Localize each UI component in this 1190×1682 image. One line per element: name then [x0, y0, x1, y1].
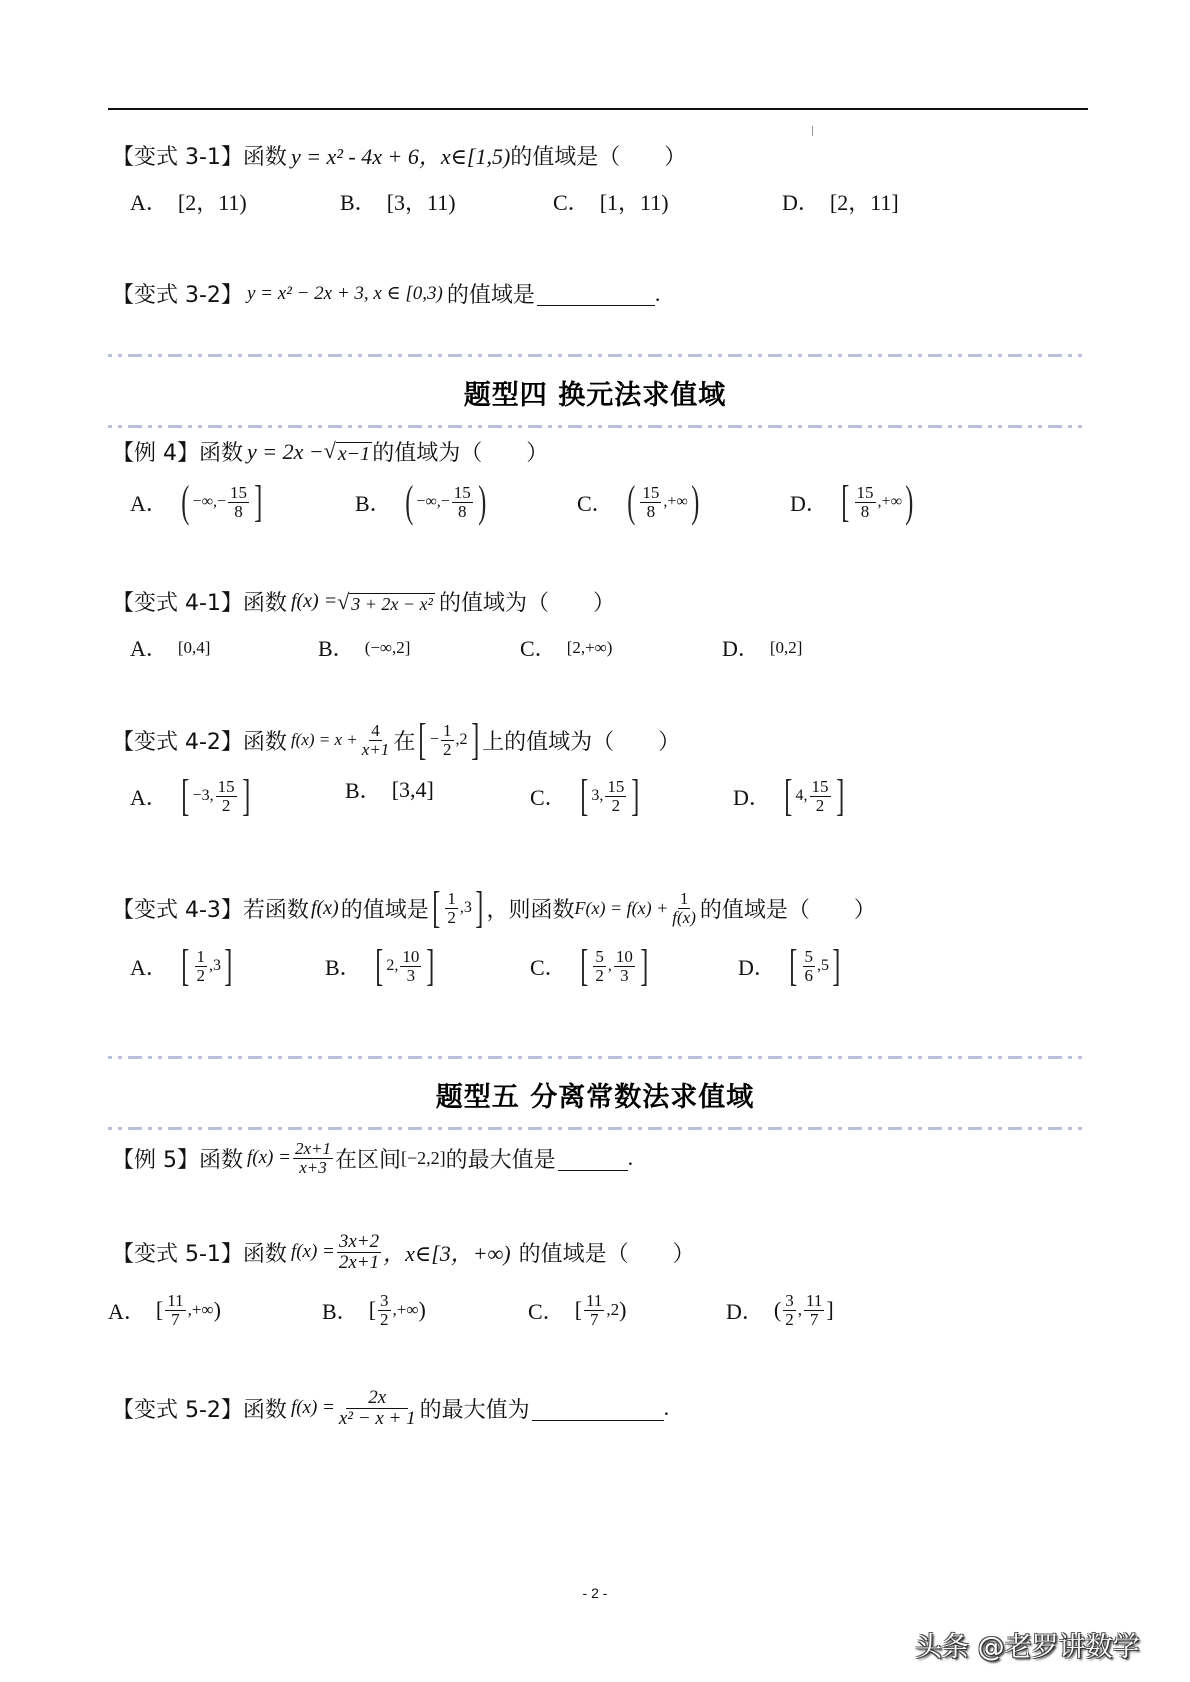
fraction: 103: [400, 948, 421, 985]
right-bracket: ]: [242, 774, 250, 818]
question-4-2: 【变式 4-2】函数 f(x) = x + 4x+1 在 [−12,2] 上的值…: [112, 718, 680, 762]
left-bracket: (: [627, 480, 635, 524]
question-suffix: 的值域是（ ）: [700, 893, 876, 924]
right-bracket: ): [691, 480, 699, 524]
option-letter: A．: [108, 1295, 146, 1326]
question-4-3: 【变式 4-3】若函数 f(x) 的值域是 [12,3] ，则函数 F(x) =…: [112, 886, 876, 930]
left-bracket: (: [405, 480, 413, 524]
question-suffix: 的值域是: [447, 278, 535, 309]
denominator: x+1: [360, 741, 392, 759]
fraction: 12: [445, 890, 458, 927]
interval: [12,3]: [429, 886, 487, 930]
fraction: 1f(x): [670, 890, 698, 927]
formula: f(x) =: [291, 590, 337, 613]
numerator: 15: [605, 778, 626, 797]
formula: y = x² - 4x + 6，x∈[1,5): [291, 140, 510, 171]
denominator: 3: [405, 967, 418, 985]
left-bracket: [: [375, 944, 383, 988]
numerator: 15: [452, 484, 473, 503]
question-4-1: 【变式 4-1】函数 f(x) = √3 + 2x − x² 的值域为（ ）: [112, 586, 615, 617]
fraction: 158: [640, 484, 661, 521]
left-bracket: [: [580, 944, 588, 988]
fraction: 152: [216, 778, 237, 815]
question-label: 【变式 4-3】若函数: [112, 893, 309, 924]
right-bracket: ): [619, 1297, 626, 1323]
postfix: ,2: [456, 731, 468, 749]
text: ，则函数: [487, 893, 575, 924]
numerator: 15: [810, 778, 831, 797]
option-a[interactable]: A．[0,4]: [130, 632, 210, 663]
sqrt-expression: √3 + 2x − x²: [337, 589, 435, 615]
domain: ，x∈[3，+∞): [383, 1237, 510, 1268]
right-bracket: ]: [254, 480, 262, 524]
denominator: 2: [783, 1311, 796, 1329]
header-rule: [108, 108, 1088, 110]
numerator: 11: [804, 1292, 824, 1311]
question-label: 【变式 3-1】函数: [112, 140, 287, 171]
formula: y = 2x −: [247, 439, 324, 465]
numerator: 11: [165, 1292, 185, 1311]
example-4: 【例 4】函数 y = 2x − √x−1 的值域为（ ）: [112, 436, 548, 467]
section-title-5: 题型五 分离常数法求值域: [0, 1075, 1190, 1114]
option-value: [0,4]: [178, 638, 211, 658]
value: 2: [611, 1300, 620, 1320]
question-label: 【例 5】函数: [112, 1143, 243, 1174]
numerator: 15: [640, 484, 661, 503]
prefix: −∞,−: [193, 493, 226, 511]
question-suffix: 的最大值是: [446, 1143, 556, 1174]
fraction: 117: [804, 1292, 824, 1329]
value: +∞: [192, 1300, 214, 1320]
section-divider-top: [108, 1056, 1088, 1059]
option-letter: C．: [577, 487, 614, 518]
fraction: 158: [855, 484, 876, 521]
option-value: [3，11): [387, 186, 456, 217]
option-b[interactable]: B． [32,+∞): [322, 1292, 426, 1329]
answer-blank[interactable]: [532, 1396, 664, 1421]
fraction: 3x+22x+1: [337, 1232, 381, 1273]
denominator: 2: [378, 1311, 391, 1329]
question-label: 【例 4】函数: [112, 436, 243, 467]
fraction: 52: [593, 948, 606, 985]
question-suffix: 的值域是（ ）: [510, 140, 686, 171]
right-bracket: ): [418, 1297, 425, 1323]
right-bracket: ]: [832, 944, 840, 988]
formula: f(x) =: [291, 1241, 335, 1263]
radical-icon: √: [337, 589, 349, 615]
option-letter: C．: [530, 951, 567, 982]
prefix: 3,: [591, 787, 603, 805]
question-suffix: 的值域为（ ）: [372, 436, 548, 467]
denominator: 2: [445, 909, 458, 927]
numerator: 10: [400, 948, 421, 967]
question-3-2: 【变式 3-2】 y = x² − 2x + 3, x ∈ [0,3) 的值域是…: [112, 278, 660, 309]
option-a[interactable]: A．[2，11): [130, 186, 247, 217]
fraction: 158: [228, 484, 249, 521]
options-4-2: A． [−3,152] B． [3,4] C． [3,152] D． [4,15…: [0, 774, 1190, 834]
option-letter: C．: [530, 781, 567, 812]
left-bracket: [: [580, 774, 588, 818]
numerator: 1: [195, 948, 208, 967]
question-5-2: 【变式 5-2】函数 f(x) = 2xx² − x + 1 的最大值为 .: [112, 1388, 669, 1429]
option-letter: D．: [790, 487, 828, 518]
postfix: ,3: [460, 899, 472, 917]
fraction: 103: [614, 948, 635, 985]
option-letter: D．: [782, 186, 820, 217]
fraction: 152: [605, 778, 626, 815]
option-a[interactable]: A． (−∞,−158]: [130, 480, 266, 524]
fraction: 117: [165, 1292, 185, 1329]
watermark: 头条 @老罗讲数学: [915, 1625, 1140, 1664]
value: 5: [821, 957, 829, 975]
value: +∞: [397, 1300, 419, 1320]
denominator: 2: [610, 797, 623, 815]
options-5-1: A． [117,+∞) B． [32,+∞) C． [117,2) D． (32…: [0, 1292, 1190, 1352]
question-suffix: 的值域为（ ）: [439, 586, 615, 617]
fraction: 4x+1: [360, 722, 392, 759]
section-divider-bottom: [108, 425, 1088, 428]
option-letter: A．: [130, 186, 168, 217]
denominator: 8: [859, 503, 872, 521]
text: 的值域是: [341, 893, 429, 924]
option-value: [2，11): [178, 186, 247, 217]
numerator: 2x+1: [293, 1140, 333, 1159]
prefix: −3,: [193, 787, 214, 805]
formula: F(x) = f(x) +: [575, 898, 669, 919]
period: .: [664, 1395, 670, 1421]
option-d[interactable]: D． [56,5]: [738, 944, 844, 988]
option-c[interactable]: C． [3,152]: [530, 774, 643, 818]
question-label: 【变式 4-1】函数: [112, 586, 287, 617]
fraction: 32: [783, 1292, 796, 1329]
option-letter: B．: [345, 774, 382, 805]
interval: [−2,2]: [401, 1148, 446, 1169]
denominator: 8: [645, 503, 658, 521]
options-4-3: A． [12,3] B． [2,103] C． [52,103] D． [56,…: [0, 944, 1190, 1004]
denominator: 2: [195, 967, 208, 985]
denominator: f(x): [670, 909, 698, 927]
formula: f(x) =: [291, 1397, 335, 1419]
right-bracket: ]: [826, 1297, 833, 1323]
answer-blank[interactable]: [537, 281, 655, 306]
question-label: 【变式 4-2】函数: [112, 725, 287, 756]
option-letter: D．: [726, 1295, 764, 1326]
option-letter: A．: [130, 487, 168, 518]
option-letter: B．: [322, 1295, 359, 1326]
numerator: 1: [441, 722, 454, 741]
formula: y = x² − 2x + 3, x ∈ [0,3): [247, 282, 443, 305]
option-d[interactable]: D． [158,+∞): [790, 480, 917, 524]
option-letter: D．: [738, 951, 776, 982]
option-letter: C．: [553, 186, 590, 217]
option-letter: B．: [318, 632, 355, 663]
option-value: (−∞,2]: [365, 638, 411, 658]
left-bracket: [: [841, 480, 849, 524]
option-b[interactable]: B． (−∞,−158): [355, 480, 489, 524]
question-3-1: 【变式 3-1】函数 y = x² - 4x + 6，x∈[1,5) 的值域是（…: [112, 140, 686, 171]
numerator: 5: [593, 948, 606, 967]
numerator: 1: [445, 890, 458, 909]
options-4-1: A．[0,4] B．(−∞,2] C．[2,+∞) D．[0,2]: [0, 632, 1190, 692]
page-number: - 2 -: [0, 1585, 1190, 1601]
postfix: ,+∞: [663, 493, 687, 511]
prefix: −: [430, 731, 439, 749]
question-5-1: 【变式 5-1】函数 f(x) = 3x+22x+1 ，x∈[3，+∞) 的值域…: [112, 1232, 695, 1273]
numerator: 15: [216, 778, 237, 797]
left-bracket: (: [181, 480, 189, 524]
option-a[interactable]: A． [12,3]: [130, 944, 236, 988]
denominator: 2: [814, 797, 827, 815]
option-b[interactable]: B． [3,4]: [345, 774, 434, 805]
question-label: 【变式 5-2】函数: [112, 1393, 287, 1424]
value: 3: [213, 957, 221, 975]
sqrt-expression: √x−1: [324, 438, 372, 466]
option-b[interactable]: B．[3，11): [340, 186, 456, 217]
denominator: 2: [593, 967, 606, 985]
numerator: 3x+2: [337, 1232, 381, 1253]
denominator: 7: [808, 1311, 821, 1329]
prefix: −∞,−: [416, 493, 449, 511]
right-bracket: ]: [224, 944, 232, 988]
numerator: 15: [228, 484, 249, 503]
option-letter: C．: [520, 632, 557, 663]
right-bracket: ): [478, 480, 486, 524]
left-bracket: [: [156, 1297, 163, 1323]
section-title-4: 题型四 换元法求值域: [0, 373, 1190, 412]
options-3-1: A．[2，11) B．[3，11) C．[1，11) D．[2，11]: [0, 186, 1190, 246]
numerator: 3: [783, 1292, 796, 1311]
fraction: 152: [810, 778, 831, 815]
right-bracket: ]: [640, 944, 648, 988]
formula: f(x) =: [247, 1147, 291, 1169]
right-bracket: ]: [427, 944, 435, 988]
option-d[interactable]: D． [4,152]: [733, 774, 847, 818]
numerator: 3: [378, 1292, 391, 1311]
option-c[interactable]: C．[2,+∞): [520, 632, 612, 663]
option-letter: A．: [130, 632, 168, 663]
text: 在区间: [335, 1143, 401, 1174]
denominator: x+3: [297, 1159, 329, 1177]
option-d[interactable]: D．[2，11]: [782, 186, 899, 217]
option-c[interactable]: C． (158,+∞): [577, 480, 702, 524]
radicand: x−1: [336, 442, 372, 466]
left-bracket: [: [784, 774, 792, 818]
denominator: 7: [588, 1311, 601, 1329]
numerator: 2x: [346, 1388, 408, 1409]
example-5: 【例 5】函数 f(x) = 2x+1x+3 在区间 [−2,2] 的最大值是 …: [112, 1140, 633, 1177]
radical-icon: √: [324, 438, 336, 464]
denominator: x² − x + 1: [337, 1409, 418, 1429]
left-bracket: [: [181, 944, 189, 988]
option-value: [2,+∞): [567, 638, 613, 658]
option-d[interactable]: D． (32,117]: [726, 1292, 834, 1329]
prefix: 4,: [796, 787, 808, 805]
question-suffix: 的值域是（ ）: [519, 1237, 695, 1268]
option-value: [1，11): [600, 186, 669, 217]
fraction: 158: [452, 484, 473, 521]
right-bracket: ]: [632, 774, 640, 818]
fraction: 12: [441, 722, 454, 759]
denominator: 2: [441, 741, 454, 759]
option-a[interactable]: A． [−3,152]: [130, 774, 253, 818]
option-letter: A．: [130, 951, 168, 982]
right-bracket: ): [214, 1297, 221, 1323]
option-c[interactable]: C． [117,2): [528, 1292, 626, 1329]
option-letter: B．: [355, 487, 392, 518]
period: .: [655, 281, 661, 307]
denominator: 8: [456, 503, 469, 521]
option-c[interactable]: C． [52,103]: [530, 944, 652, 988]
numerator: 5: [803, 948, 816, 967]
denominator: 2: [220, 797, 233, 815]
option-d[interactable]: D．[0,2]: [722, 632, 802, 663]
denominator: 6: [803, 967, 816, 985]
radicand: 3 + 2x − x²: [349, 593, 435, 615]
right-bracket: ]: [836, 774, 844, 818]
option-b[interactable]: B．(−∞,2]: [318, 632, 410, 663]
numerator: 15: [855, 484, 876, 503]
denominator: 8: [232, 503, 245, 521]
options-example-4: A． (−∞,−158] B． (−∞,−158) C． (158,+∞) D．…: [0, 480, 1190, 540]
text-cursor-mark: [812, 126, 813, 136]
postfix: ,+∞: [878, 493, 902, 511]
numerator: 10: [614, 948, 635, 967]
option-letter: C．: [528, 1295, 565, 1326]
numerator: 11: [584, 1292, 604, 1311]
value: 2: [386, 957, 394, 975]
option-letter: D．: [722, 632, 760, 663]
interval: [−12,2]: [415, 718, 482, 762]
option-letter: B．: [325, 951, 362, 982]
fraction: 56: [803, 948, 816, 985]
option-letter: D．: [733, 781, 771, 812]
left-bracket: [: [575, 1297, 582, 1323]
denominator: 3: [618, 967, 631, 985]
fraction: 2x+1x+3: [293, 1140, 333, 1177]
fraction: 117: [584, 1292, 604, 1329]
question-suffix: 的最大值为: [420, 1393, 530, 1424]
right-bracket: ]: [475, 886, 483, 930]
numerator: 1: [678, 890, 691, 909]
denominator: 7: [169, 1311, 182, 1329]
numerator: 4: [369, 722, 382, 741]
option-value: [3,4]: [392, 777, 434, 803]
section-divider-bottom: [108, 1127, 1088, 1130]
left-bracket: [: [432, 886, 440, 930]
section-divider-top: [108, 354, 1088, 357]
option-c[interactable]: C．[1，11): [553, 186, 669, 217]
denominator: 2x+1: [337, 1253, 381, 1273]
right-bracket: ): [905, 480, 913, 524]
fraction: 32: [378, 1292, 391, 1329]
left-bracket: [: [419, 718, 427, 762]
option-letter: A．: [130, 781, 168, 812]
left-bracket: (: [774, 1297, 781, 1323]
question-label: 【变式 5-1】函数: [112, 1237, 287, 1268]
left-bracket: [: [789, 944, 797, 988]
option-value: [2，11]: [830, 186, 899, 217]
text-in: 在: [393, 725, 415, 756]
fraction: 2xx² − x + 1: [337, 1388, 418, 1429]
option-letter: B．: [340, 186, 377, 217]
left-bracket: [: [369, 1297, 376, 1323]
question-label: 【变式 3-2】: [112, 278, 243, 309]
fraction: 12: [195, 948, 208, 985]
option-a[interactable]: A． [117,+∞): [108, 1292, 221, 1329]
right-bracket: ]: [471, 718, 479, 762]
option-b[interactable]: B． [2,103]: [325, 944, 438, 988]
option-value: [0,2]: [770, 638, 803, 658]
fx: f(x): [311, 897, 339, 920]
question-suffix: 上的值域为（ ）: [482, 725, 680, 756]
period: .: [628, 1145, 634, 1171]
left-bracket: [: [181, 774, 189, 818]
formula: f(x) = x +: [291, 730, 358, 750]
answer-blank[interactable]: [558, 1146, 628, 1171]
